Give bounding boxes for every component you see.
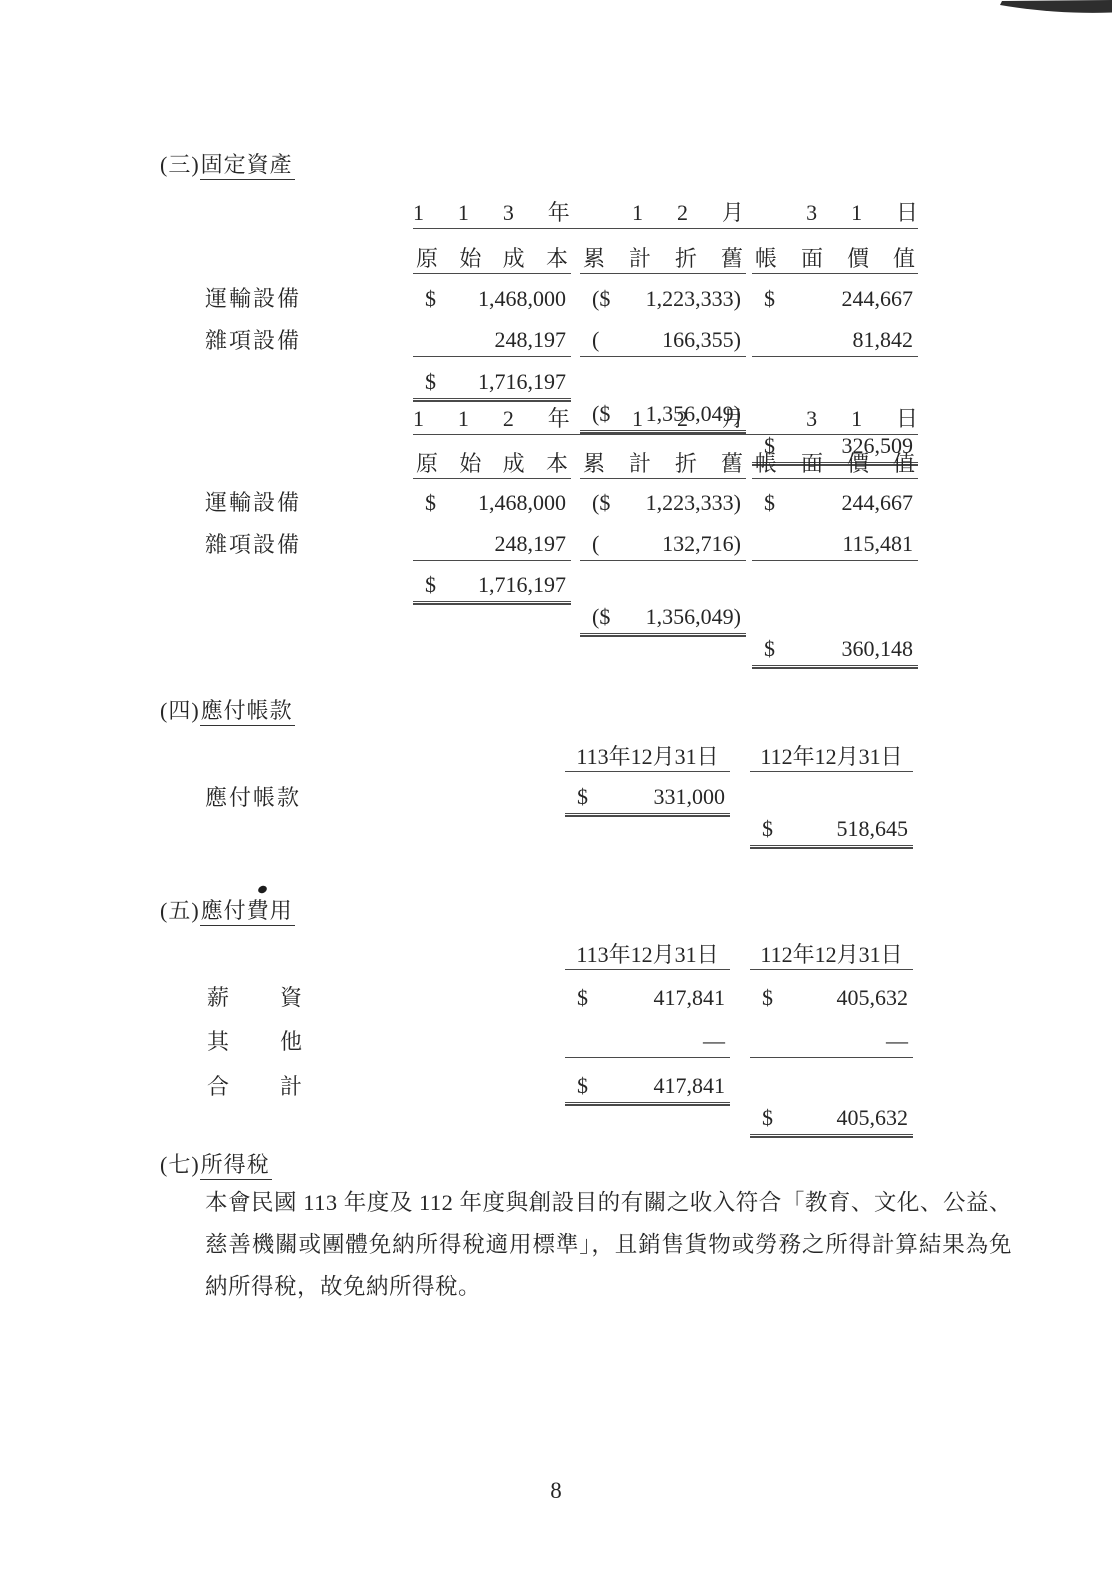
table-total-row: $1,716,197 ($1,356,049) $360,148 [413, 570, 918, 602]
book-value-cell: 115,481 [752, 529, 918, 561]
col-header-original-cost: 原 始 成 本 [413, 242, 571, 274]
amount-112-cell: $518,645 [750, 814, 913, 846]
book-value-total-cell: $360,148 [752, 634, 918, 666]
col-header-original-cost: 原 始 成 本 [413, 447, 571, 479]
section-number: (五) [160, 898, 200, 923]
table-row: 應付帳款 $331,000 $518,645 [565, 782, 913, 814]
table-row: 雜項設備 248,197 (132,716) 115,481 [413, 529, 918, 561]
table-total-row: $1,716,197 ($1,356,049) $326,509 [413, 367, 918, 399]
amount-112-cell: — [750, 1026, 913, 1058]
table-row: 運輸設備 $1,468,000 ($1,223,333) $244,667 [413, 283, 918, 315]
section-title: 應付費用 [200, 898, 295, 926]
row-label: 運輸設備 [205, 486, 405, 517]
book-value-cell: 81,842 [752, 325, 918, 357]
original-cost-cell: $1,468,000 [413, 487, 571, 519]
row-label: 運輸設備 [205, 282, 405, 313]
date-header-112: 1 1 2 年 1 2 月 3 1 日 [413, 402, 918, 435]
section-number: (七) [160, 1152, 200, 1177]
section-number: (四) [160, 698, 200, 723]
amount-113-total-cell: $417,841 [565, 1071, 730, 1103]
original-cost-cell: 248,197 [413, 529, 571, 561]
column-header-row: 113年12月31日 112年12月31日 [565, 740, 913, 772]
table-row: 雜項設備 248,197 (166,355) 81,842 [413, 325, 918, 357]
column-header-row: 原 始 成 本 累 計 折 舊 帳 面 價 值 [413, 447, 918, 479]
amount-112-cell: $405,632 [750, 982, 913, 1014]
accumulated-depreciation-total-cell: ($1,356,049) [580, 602, 746, 634]
amount-113-cell: $417,841 [565, 982, 730, 1014]
table-row: 其 他 — — [565, 1026, 913, 1058]
book-value-cell: $244,667 [752, 487, 918, 519]
row-label: 合 計 [207, 1070, 302, 1101]
page-number: 8 [0, 1478, 1112, 1504]
scan-corner-artifact [0, 0, 1112, 22]
original-cost-cell: 248,197 [413, 325, 571, 357]
section-title: 固定資產 [200, 152, 295, 180]
book-value-cell: $244,667 [752, 283, 918, 315]
col-header-book-value: 帳 面 價 值 [752, 447, 918, 479]
income-tax-paragraph: 本會民國 113 年度及 112 年度與創設目的有關之收入符合「教育、文化、公益… [205, 1182, 1012, 1308]
section-number: (三) [160, 152, 200, 177]
accumulated-depreciation-cell: (132,716) [580, 529, 746, 561]
table-row: 運輸設備 $1,468,000 ($1,223,333) $244,667 [413, 487, 918, 519]
col-header-date-112: 112年12月31日 [750, 938, 913, 970]
row-label: 雜項設備 [205, 324, 405, 355]
original-cost-total-cell: $1,716,197 [413, 570, 571, 602]
col-header-book-value: 帳 面 價 值 [752, 242, 918, 274]
accumulated-depreciation-cell: ($1,223,333) [580, 283, 746, 315]
original-cost-total-cell: $1,716,197 [413, 367, 571, 399]
section-title: 所得稅 [200, 1152, 272, 1180]
column-header-row: 原 始 成 本 累 計 折 舊 帳 面 價 值 [413, 242, 918, 274]
col-header-date-112: 112年12月31日 [750, 740, 913, 772]
col-header-date-113: 113年12月31日 [565, 938, 730, 970]
accumulated-depreciation-cell: (166,355) [580, 325, 746, 357]
original-cost-cell: $1,468,000 [413, 283, 571, 315]
accumulated-depreciation-cell: ($1,223,333) [580, 487, 746, 519]
amount-113-cell: — [565, 1026, 730, 1058]
section-heading-income-tax: (七)所得稅 [160, 1148, 272, 1180]
row-label: 雜項設備 [205, 528, 405, 559]
date-header-113: 1 1 3 年 1 2 月 3 1 日 [413, 196, 918, 229]
section-title: 應付帳款 [200, 698, 295, 726]
table-row: 薪 資 $417,841 $405,632 [565, 982, 913, 1014]
row-label: 應付帳款 [205, 781, 545, 812]
amount-113-cell: $331,000 [565, 782, 730, 814]
row-label: 其 他 [207, 1025, 302, 1056]
col-header-date-113: 113年12月31日 [565, 740, 730, 772]
amount-112-total-cell: $405,632 [750, 1103, 913, 1135]
document-page: (三)固定資產 1 1 3 年 1 2 月 3 1 日 原 始 成 本 累 計 … [0, 0, 1112, 1593]
column-header-row: 113年12月31日 112年12月31日 [565, 938, 913, 970]
section-heading-fixed-assets: (三)固定資產 [160, 148, 295, 180]
table-total-row: 合 計 $417,841 $405,632 [565, 1071, 913, 1103]
row-label: 薪 資 [207, 981, 302, 1012]
col-header-accumulated-depreciation: 累 計 折 舊 [580, 242, 746, 274]
col-header-accumulated-depreciation: 累 計 折 舊 [580, 447, 746, 479]
section-heading-accounts-payable: (四)應付帳款 [160, 694, 295, 726]
section-heading-accrued-expenses: (五)應付費用 [160, 894, 295, 926]
